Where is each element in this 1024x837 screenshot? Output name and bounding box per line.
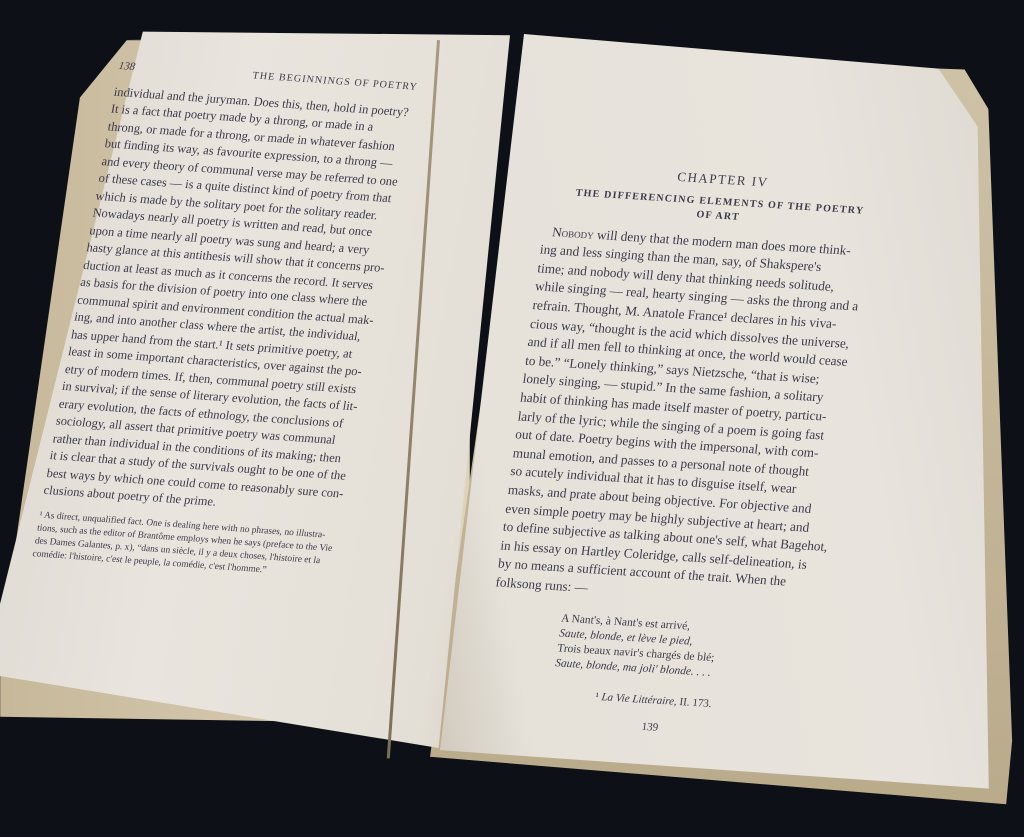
photo-scene: 138 THE BEGINNINGS OF POETRY individual …: [0, 0, 1024, 837]
footnote-mark: ¹: [595, 691, 600, 703]
left-page-number: 138: [117, 58, 137, 76]
footnote-title: La Vie Littéraire: [601, 692, 675, 708]
right-body: Nobody will deny that the modern man doe…: [494, 222, 888, 613]
folksong-verse: A Nant's, à Nant's est arrivé, Saute, bl…: [554, 612, 836, 689]
drop-word: Nobody: [551, 224, 594, 242]
footnote-ref: , II. 173.: [673, 696, 712, 710]
left-body: individual and the juryman. Does this, t…: [42, 83, 474, 524]
